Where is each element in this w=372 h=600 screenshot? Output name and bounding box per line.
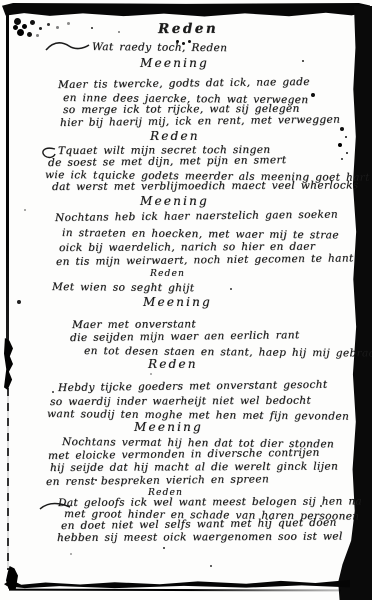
scan-border-top (2, 3, 370, 17)
verse-line: Maer tis twercke, godts dat ick, nae gad… (58, 76, 310, 91)
scan-noise-speckles (0, 0, 2, 2)
speaker-header: Meening (140, 194, 209, 208)
speaker-header: Reden (148, 357, 198, 371)
verse-line: de soest se met dijn, met pijn en smert (48, 154, 287, 169)
verse-line: en tis mijn weirwaert, noch niet gecomen… (56, 252, 354, 268)
verse-line: Dat geloofs ick wel want meest belogen s… (58, 495, 362, 509)
verse-line: en doet niet wel selfs want met hij quet… (61, 517, 337, 532)
verse-line: Nochtans heb ick haer naerstelich gaen s… (55, 209, 338, 224)
verse-line: in straeten en hoecken, met waer mij te … (62, 227, 339, 241)
speaker-header: Meening (143, 295, 212, 309)
verse-line: so waerdij inder waerheijt niet wel bedo… (50, 395, 311, 408)
verse-line: met eloicke vermonden in diversche contr… (48, 447, 320, 462)
page-heading: Reden (158, 21, 218, 37)
verse-line: en renst bespreken vierich en spreen (46, 473, 269, 488)
scan-border-left (6, 13, 9, 343)
scan-border-left-lower (7, 388, 9, 570)
manuscript-scan-page: Reden Wat raedy toch, Reden Meening Maer… (0, 0, 372, 600)
speaker-header: Meening (140, 56, 209, 70)
verse-line: die seijden mijn waer aen eerlich rant (70, 329, 300, 344)
pen-flourish (44, 40, 90, 54)
opening-line: Wat raedy toch, Reden (92, 41, 227, 54)
verse-line: oick bij waerdelich, narich so hier en d… (59, 241, 315, 254)
verse-line: dat werst met verblijmoedich maect veel … (52, 179, 359, 193)
verse-line: Met wien so seght ghijt (52, 281, 194, 294)
verse-line: Maer met onverstant (72, 318, 196, 331)
speaker-header: Reden (150, 269, 185, 279)
verse-line: en tot desen staen en stant, haep hij mi… (84, 345, 372, 360)
speaker-header: Meening (134, 420, 203, 434)
speaker-header: Reden (150, 129, 200, 143)
verse-line: hij seijde dat hij macht al die werelt g… (50, 460, 338, 474)
speckle-cluster-top-left (12, 17, 15, 20)
scan-border-bottom-line (9, 589, 341, 592)
verse-line: hier bij haerij mij, ick en rent, met ve… (60, 114, 340, 129)
verse-line: hebben sij meest oick waergenomen soo is… (57, 531, 343, 544)
verse-line: Hebdy tijcke goeders met onverstant geso… (58, 379, 328, 394)
ink-blotch-left-margin (4, 338, 13, 390)
